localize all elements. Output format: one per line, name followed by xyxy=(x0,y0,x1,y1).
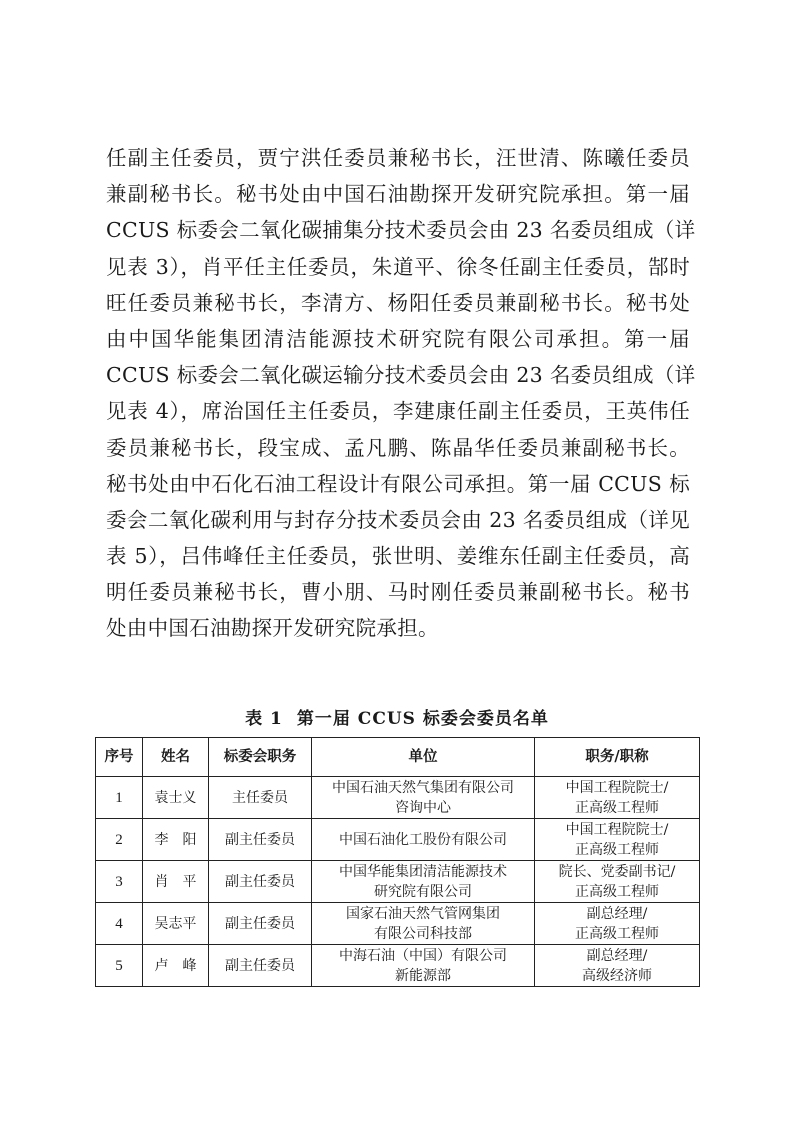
cell-name: 李 阳 xyxy=(143,819,209,861)
cell-index: 4 xyxy=(96,903,143,945)
cell-role: 副主任委员 xyxy=(209,819,312,861)
table-header-row: 序号 姓名 标委会职务 单位 职务/职称 xyxy=(96,738,700,777)
cell-role: 副主任委员 xyxy=(209,861,312,903)
table-row: 3 肖 平 副主任委员 中国华能集团清洁能源技术研究院有限公司 院长、党委副书记… xyxy=(96,861,700,903)
paragraph-line: 由中国华能集团清洁能源技术研究院有限公司承担。第一届 xyxy=(106,321,690,357)
cell-unit: 国家石油天然气管网集团有限公司科技部 xyxy=(312,903,535,945)
header-name: 姓名 xyxy=(143,738,209,777)
cell-index: 2 xyxy=(96,819,143,861)
members-table: 序号 姓名 标委会职务 单位 职务/职称 1 袁士义 主任委员 中国石油天然气集… xyxy=(95,737,700,987)
cell-role: 主任委员 xyxy=(209,777,312,819)
cell-name: 肖 平 xyxy=(143,861,209,903)
paragraph-line: 旺任委员兼秘书长，李清方、杨阳任委员兼副秘书长。秘书处 xyxy=(106,285,690,321)
body-paragraph: 任副主任委员，贾宁洪任委员兼秘书长，汪世清、陈曦任委员 兼副秘书长。秘书处由中国… xyxy=(106,140,690,647)
header-title: 职务/职称 xyxy=(535,738,700,777)
header-unit: 单位 xyxy=(312,738,535,777)
paragraph-line: CCUS 标委会二氧化碳运输分技术委员会由 23 名委员组成（详 xyxy=(106,357,690,393)
table-caption: 表 1第一届 CCUS 标委会委员名单 xyxy=(0,704,794,729)
cell-title: 院长、党委副书记/正高级工程师 xyxy=(535,861,700,903)
cell-index: 1 xyxy=(96,777,143,819)
paragraph-line: 处由中国石油勘探开发研究院承担。 xyxy=(106,610,690,646)
cell-role: 副主任委员 xyxy=(209,903,312,945)
paragraph-line: 委会二氧化碳利用与封存分技术委员会由 23 名委员组成（详见 xyxy=(106,502,690,538)
cell-name: 卢 峰 xyxy=(143,945,209,987)
paragraph-line: 见表 3），肖平任主任委员，朱道平、徐冬任副主任委员，郜时 xyxy=(106,249,690,285)
cell-index: 5 xyxy=(96,945,143,987)
table-row: 1 袁士义 主任委员 中国石油天然气集团有限公司咨询中心 中国工程院院士/正高级… xyxy=(96,777,700,819)
cell-role: 副主任委员 xyxy=(209,945,312,987)
cell-unit: 中国华能集团清洁能源技术研究院有限公司 xyxy=(312,861,535,903)
cell-title: 中国工程院院士/正高级工程师 xyxy=(535,777,700,819)
cell-unit: 中海石油（中国）有限公司新能源部 xyxy=(312,945,535,987)
cell-name: 袁士义 xyxy=(143,777,209,819)
table-number: 表 1 xyxy=(245,709,283,729)
paragraph-line: 表 5），吕伟峰任主任委员，张世明、姜维东任副主任委员，高 xyxy=(106,538,690,574)
table-row: 2 李 阳 副主任委员 中国石油化工股份有限公司 中国工程院院士/正高级工程师 xyxy=(96,819,700,861)
paragraph-line: 见表 4），席治国任主任委员，李建康任副主任委员，王英伟任 xyxy=(106,393,690,429)
cell-title: 中国工程院院士/正高级工程师 xyxy=(535,819,700,861)
cell-unit: 中国石油化工股份有限公司 xyxy=(312,819,535,861)
paragraph-line: 任副主任委员，贾宁洪任委员兼秘书长，汪世清、陈曦任委员 xyxy=(106,140,690,176)
paragraph-line: 秘书处由中石化石油工程设计有限公司承担。第一届 CCUS 标 xyxy=(106,466,690,502)
cell-index: 3 xyxy=(96,861,143,903)
paragraph-line: 委员兼秘书长，段宝成、孟凡鹏、陈晶华任委员兼副秘书长。 xyxy=(106,430,690,466)
cell-name: 吴志平 xyxy=(143,903,209,945)
paragraph-line: 明任委员兼秘书长，曹小朋、马时刚任委员兼副秘书长。秘书 xyxy=(106,574,690,610)
cell-unit: 中国石油天然气集团有限公司咨询中心 xyxy=(312,777,535,819)
header-role: 标委会职务 xyxy=(209,738,312,777)
table-title: 第一届 CCUS 标委会委员名单 xyxy=(297,709,549,729)
cell-title: 副总经理/正高级工程师 xyxy=(535,903,700,945)
paragraph-line: CCUS 标委会二氧化碳捕集分技术委员会由 23 名委员组成（详 xyxy=(106,212,690,248)
paragraph-line: 兼副秘书长。秘书处由中国石油勘探开发研究院承担。第一届 xyxy=(106,176,690,212)
header-index: 序号 xyxy=(96,738,143,777)
cell-title: 副总经理/高级经济师 xyxy=(535,945,700,987)
table-row: 5 卢 峰 副主任委员 中海石油（中国）有限公司新能源部 副总经理/高级经济师 xyxy=(96,945,700,987)
table-row: 4 吴志平 副主任委员 国家石油天然气管网集团有限公司科技部 副总经理/正高级工… xyxy=(96,903,700,945)
